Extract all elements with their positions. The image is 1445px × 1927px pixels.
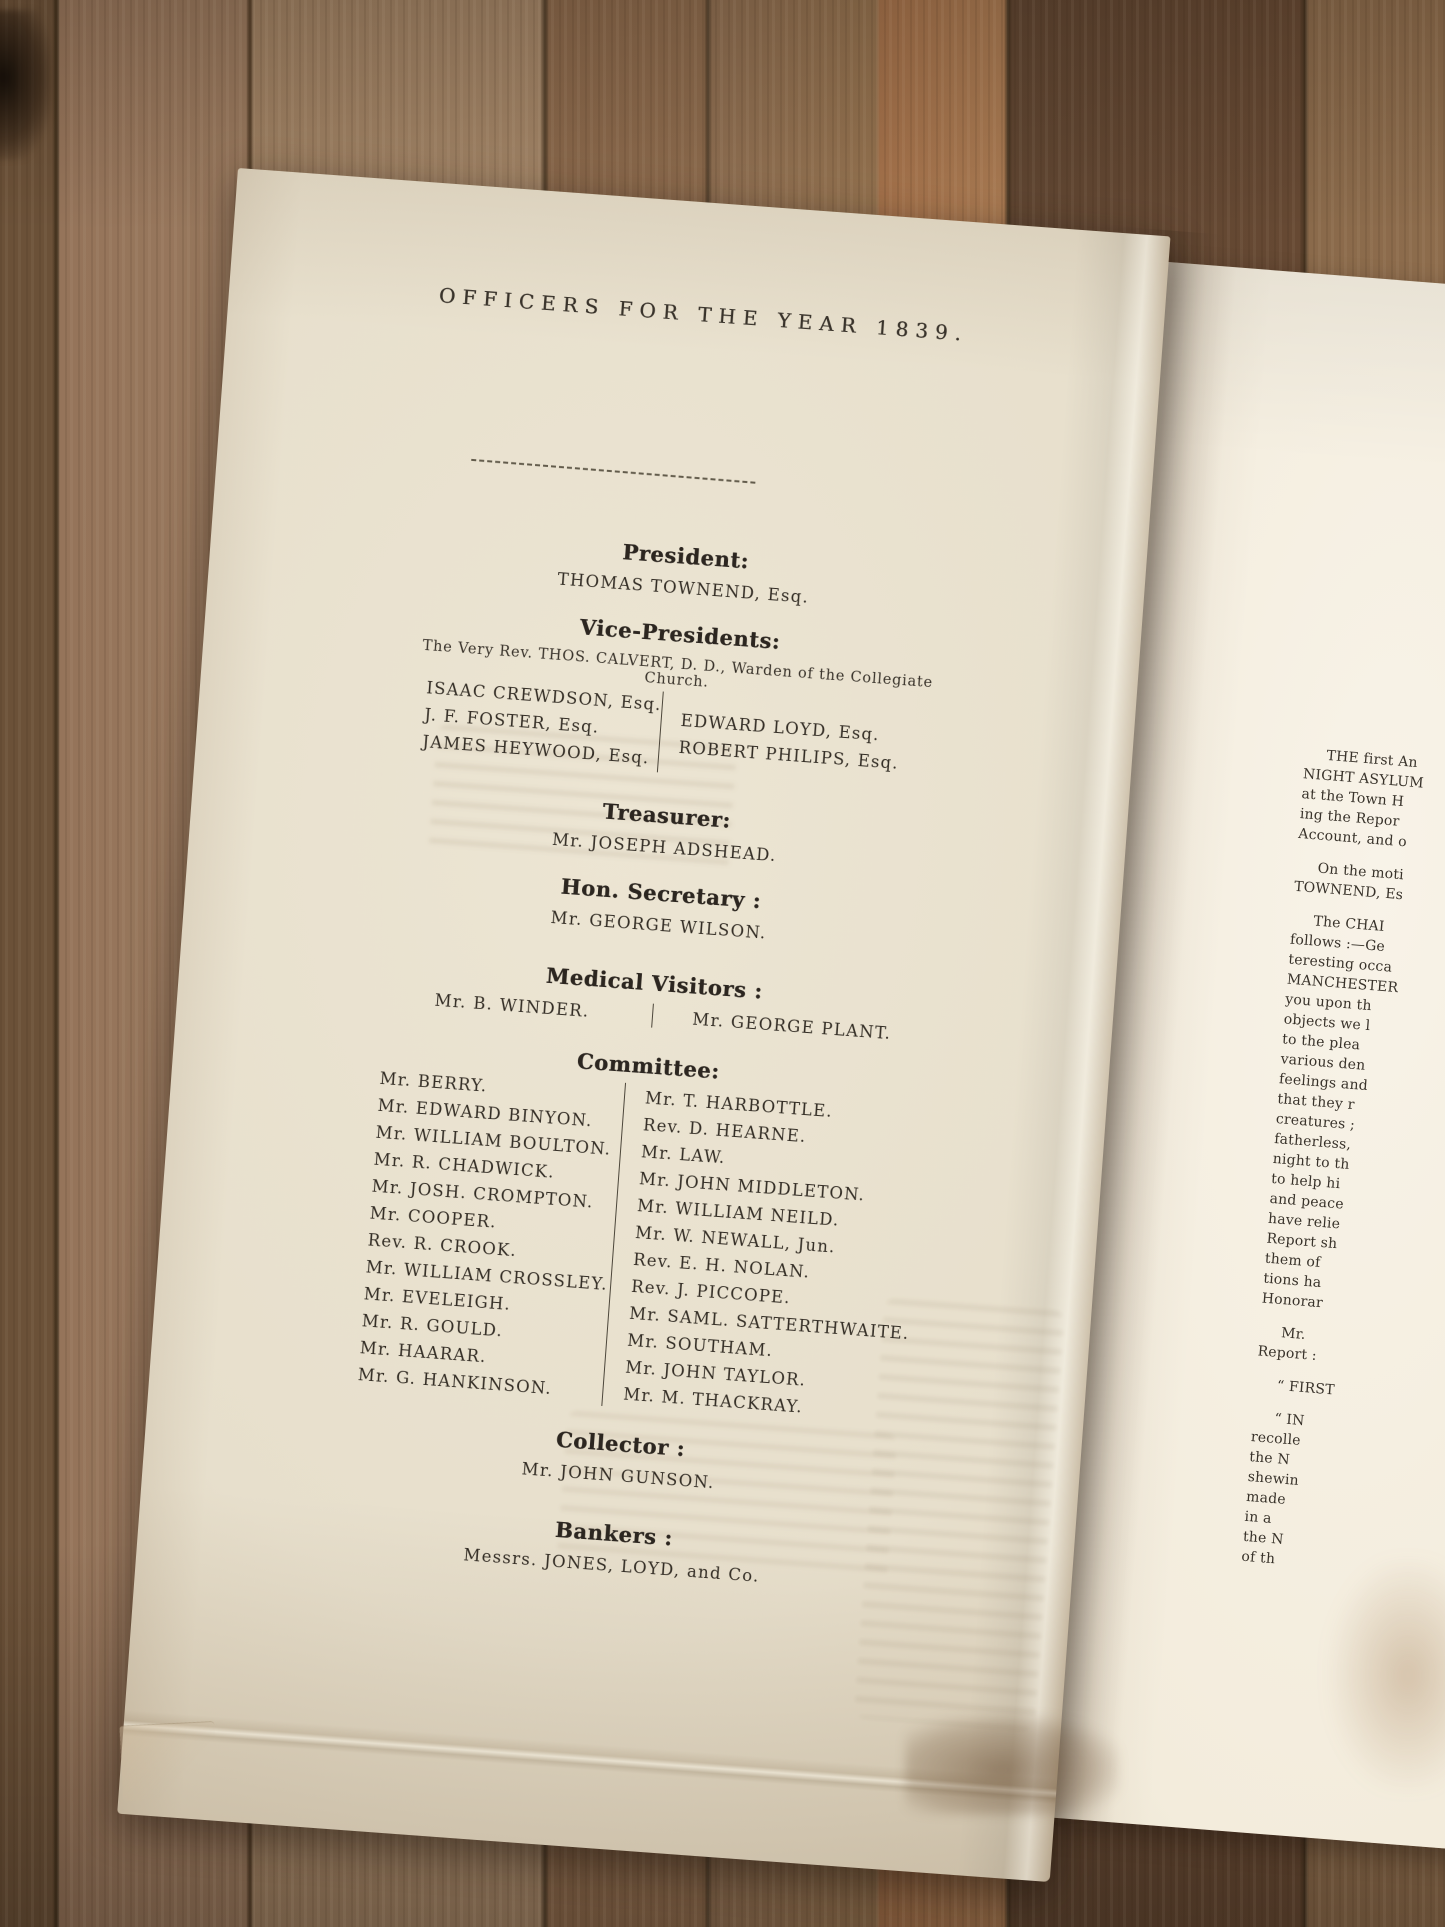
committee-columns: Mr. BERRY. Mr. EDWARD BINYON. Mr. WILLIA… bbox=[344, 1064, 926, 1428]
page-fold-crease bbox=[123, 1710, 1057, 1804]
dog-eared-corner bbox=[119, 1721, 218, 1802]
right-page-text-column: THE first An NIGHT ASYLUM at the Town H … bbox=[1241, 744, 1445, 1588]
divider-rule bbox=[471, 459, 755, 484]
left-page-text-column: OFFICERS FOR THE YEAR 1839. President: T… bbox=[332, 182, 991, 1595]
committee-left-column: Mr. BERRY. Mr. EDWARD BINYON. Mr. WILLIA… bbox=[344, 1064, 625, 1406]
left-page: OFFICERS FOR THE YEAR 1839. President: T… bbox=[117, 168, 1170, 1882]
committee-right-column: Mr. T. HARBOTTLE. Rev. D. HEARNE. Mr. LA… bbox=[601, 1083, 926, 1428]
vice-presidents-left-column: ISAAC CREWDSON, Esq. J. F. FOSTER, Esq. … bbox=[391, 672, 663, 772]
page-title: OFFICERS FOR THE YEAR 1839. bbox=[423, 282, 983, 347]
photo-scene: THE first An NIGHT ASYLUM at the Town H … bbox=[0, 0, 1445, 1927]
vice-presidents-right-column: EDWARD LOYD, Esq. ROBERT PHILIPS, Esq. bbox=[657, 692, 903, 790]
wood-knot bbox=[0, 10, 52, 160]
